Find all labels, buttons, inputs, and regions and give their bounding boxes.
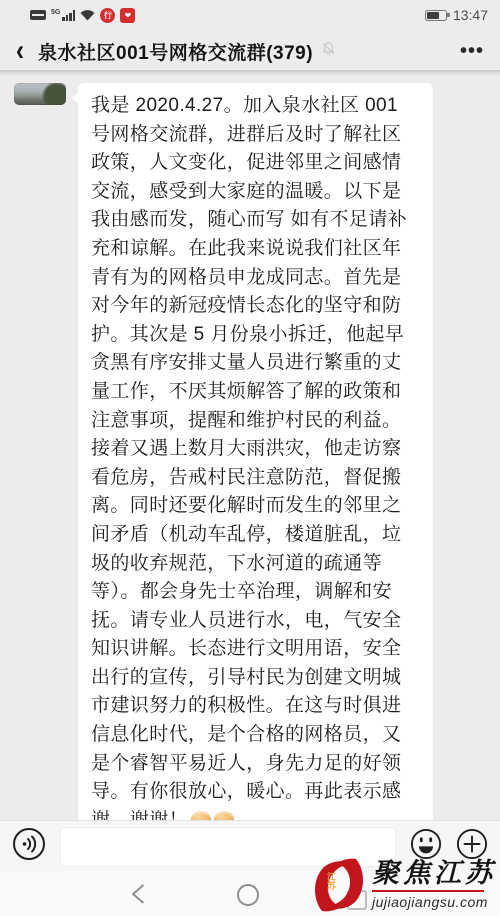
status-bar-right: 13:47 (425, 7, 488, 23)
network-type-label: 5G (51, 9, 60, 16)
nav-divider (0, 70, 500, 77)
nav-bar: ‹ 泉水社区001号网格交流群(379) ••• (0, 30, 500, 72)
more-options-button[interactable]: ••• (460, 40, 484, 63)
status-bar: 5G 行 ❤ 13:47 (0, 0, 500, 30)
message-row: 我是 2020.4.27。加入泉水社区 001 号网格交流群，进群后及时了解社区… (0, 77, 500, 820)
sender-avatar[interactable] (14, 83, 66, 105)
android-home-button[interactable] (236, 883, 260, 912)
android-back-button[interactable] (128, 883, 150, 910)
handshake-emoji (191, 811, 211, 820)
watermark-title: 聚焦江苏 (372, 860, 496, 887)
message-bubble[interactable]: 我是 2020.4.27。加入泉水社区 001 号网格交流群，进群后及时了解社区… (78, 83, 433, 820)
status-bar-left-icons: 5G 行 ❤ (30, 8, 135, 23)
watermark-underline (372, 890, 484, 893)
watermark-url: jujiaojiangsu.com (372, 894, 488, 910)
site-watermark: 江苏 聚焦江苏 jujiaojiangsu.com (310, 856, 496, 914)
wechat-group-chat-screen: 5G 行 ❤ 13:47 ‹ 泉水社区001号网格交流群(379) ••• (0, 0, 500, 916)
handshake-emoji (214, 811, 234, 820)
watermark-text-block: 聚焦江苏 jujiaojiangsu.com (372, 860, 496, 915)
muted-bell-icon (321, 41, 336, 61)
jujiao-jiangsu-logo-icon: 江苏 (310, 856, 368, 914)
group-chat-title: 泉水社区001号网格交流群(379) (38, 38, 313, 65)
red-square-app-notification-icon: ❤ (120, 8, 135, 23)
back-button[interactable]: ‹ (16, 36, 24, 66)
status-time: 13:47 (453, 7, 488, 23)
red-circle-app-notification-icon: 行 (100, 8, 115, 23)
wifi-icon (80, 9, 95, 21)
battery-icon (425, 10, 447, 21)
message-text: 我是 2020.4.27。加入泉水社区 001 号网格交流群，进群后及时了解社区… (91, 95, 407, 820)
logo-inner-characters: 江苏 (324, 872, 336, 890)
chat-message-area[interactable]: 我是 2020.4.27。加入泉水社区 001 号网格交流群，进群后及时了解社区… (0, 77, 500, 820)
sim-toolkit-icon (30, 10, 46, 20)
signal-strength-icon (62, 10, 75, 21)
voice-message-button[interactable] (12, 827, 46, 866)
